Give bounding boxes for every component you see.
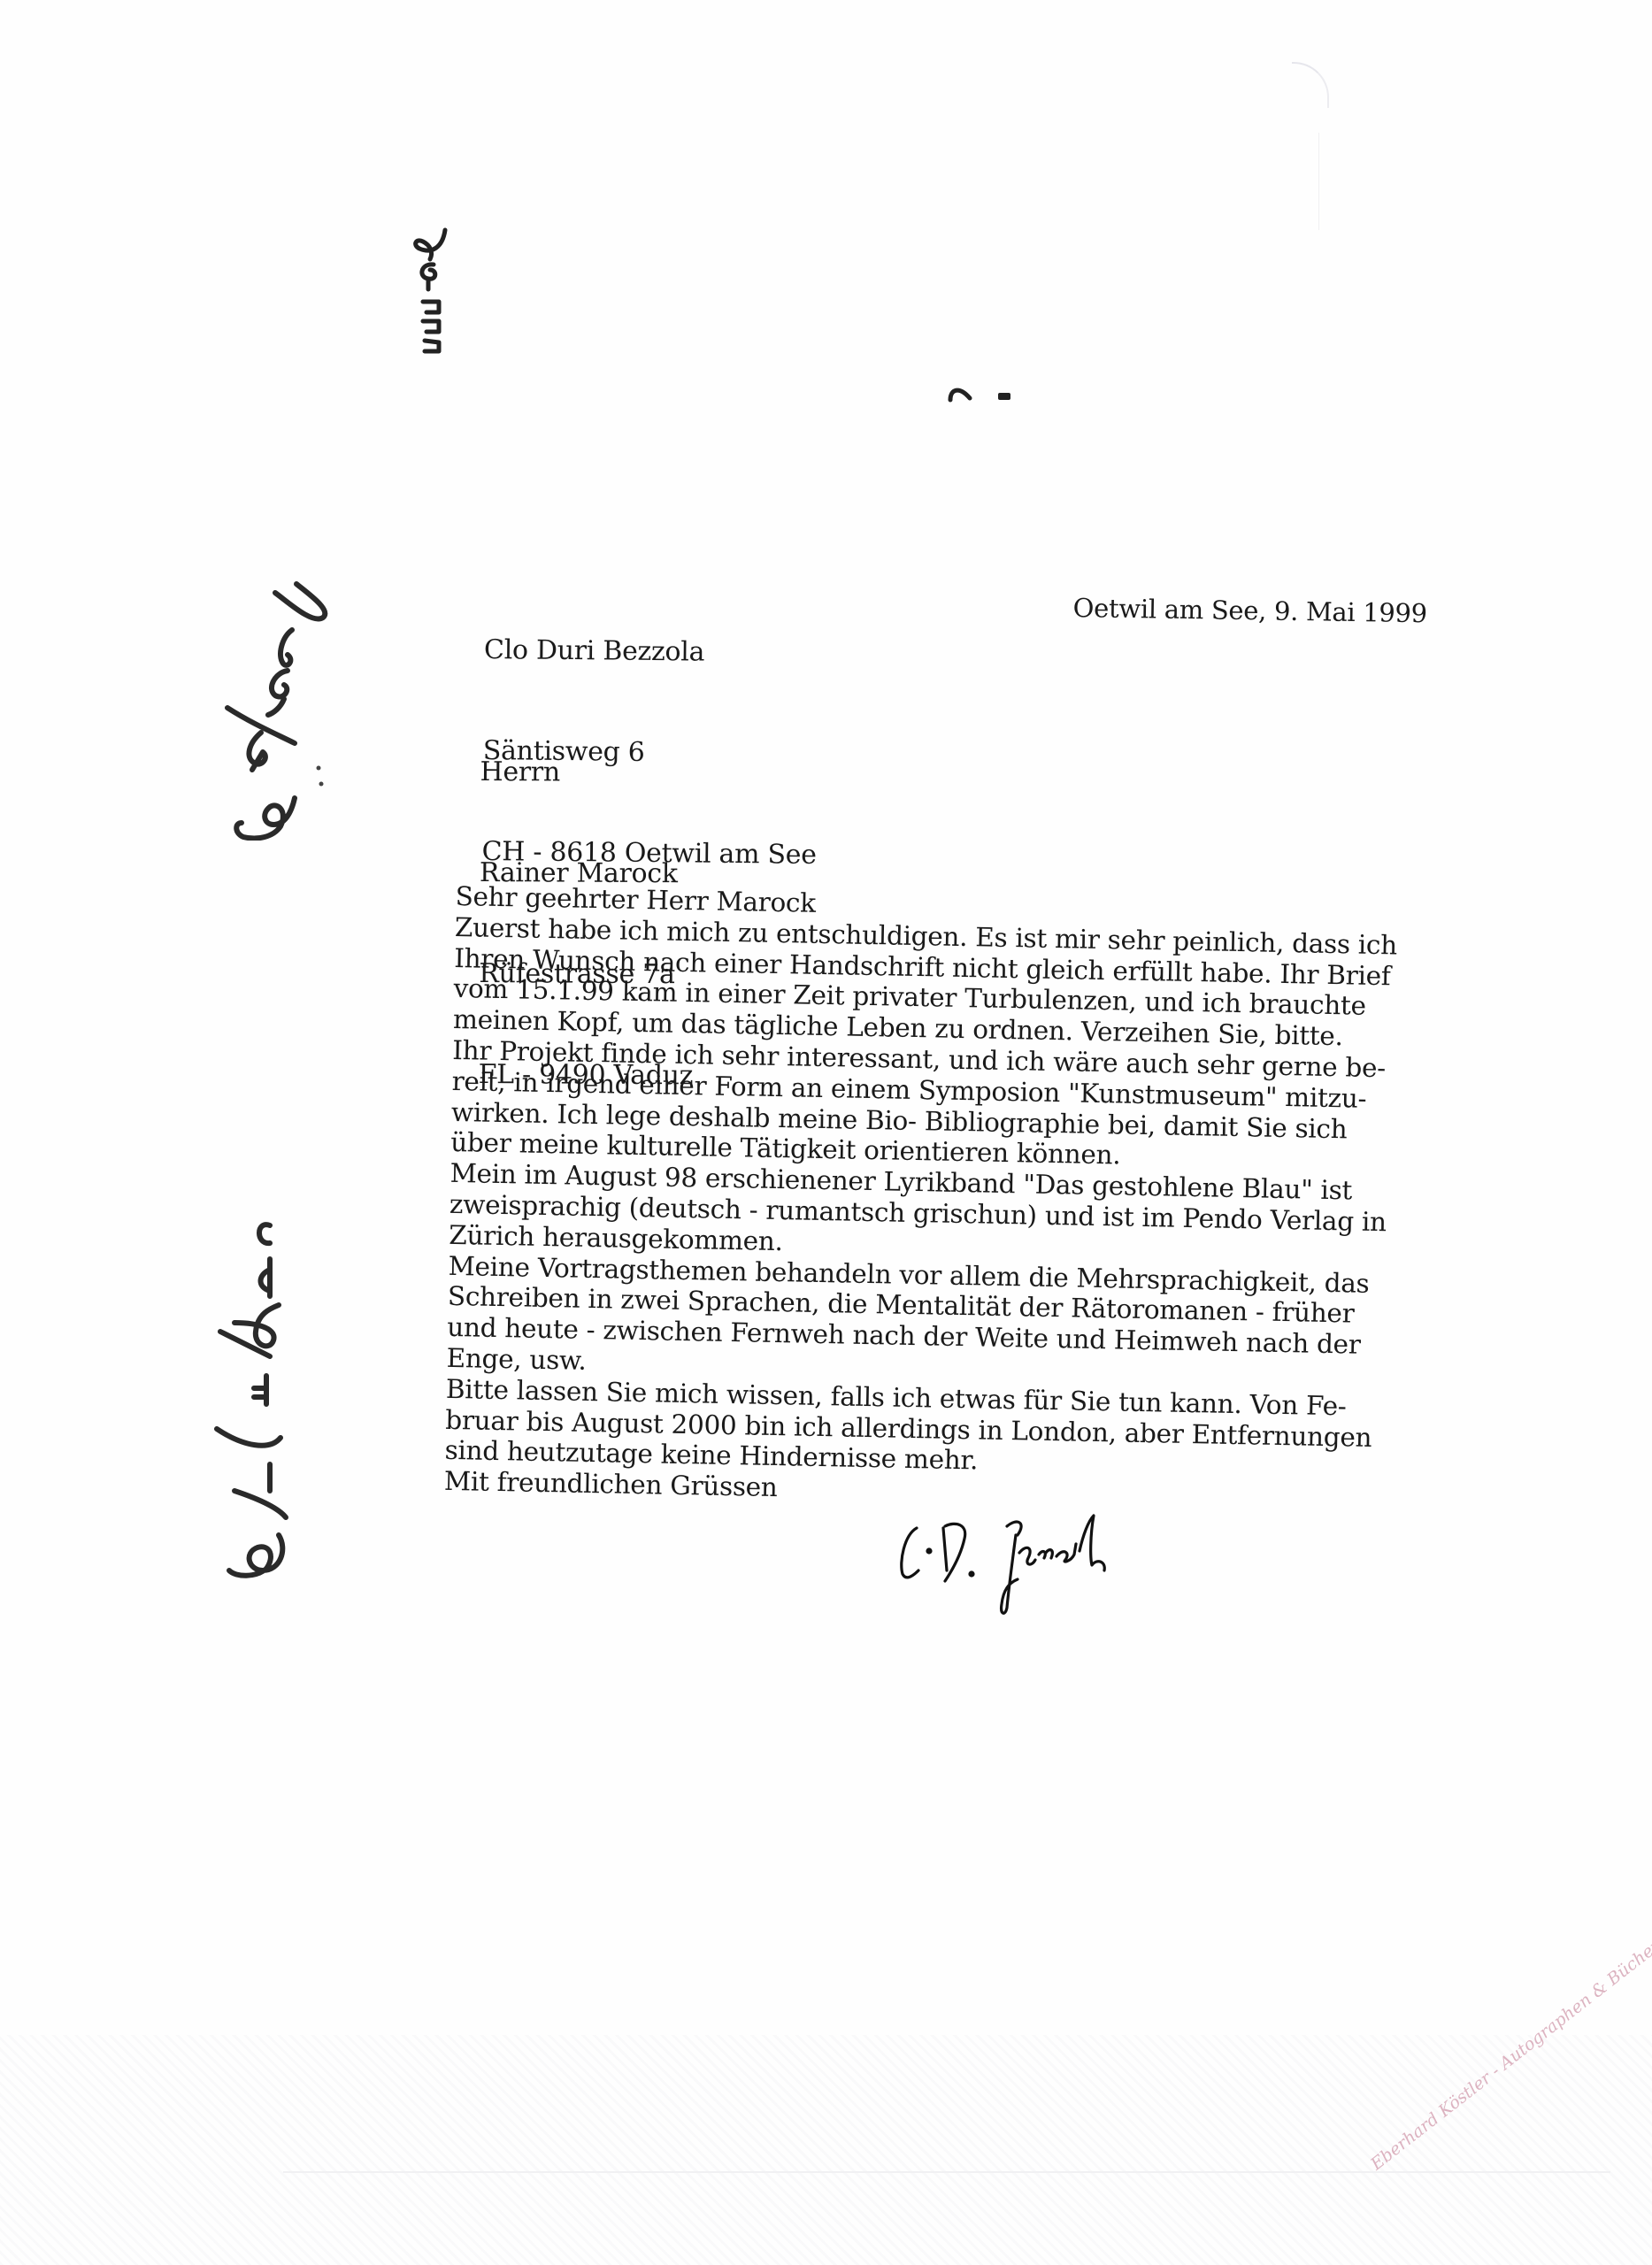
- letter-body: Sehr geehrter Herr MarockZuerst habe ich…: [444, 881, 1398, 1515]
- left-annotation-upper-handwriting: [199, 575, 332, 841]
- paper-edge-line: [1318, 133, 1319, 230]
- recipient-salutation-line: Herrn: [480, 756, 695, 790]
- paper-corner-mark: [1292, 62, 1329, 108]
- top-annotation-handwriting: [407, 226, 460, 385]
- top-center-pen-marks: [945, 380, 1016, 407]
- place-date: Oetwil am See, 9. Mai 1999: [1072, 591, 1427, 630]
- paper-bottom-edge: [283, 2171, 1610, 2173]
- letter-page: Clo Duri Bezzola Säntisweg 6 CH - 8618 O…: [0, 0, 1652, 2265]
- signature: C. D. Bezzola: [894, 1509, 1212, 1624]
- left-annotation-lower-handwriting: [181, 1199, 305, 1579]
- sender-name: Clo Duri Bezzola: [484, 633, 818, 671]
